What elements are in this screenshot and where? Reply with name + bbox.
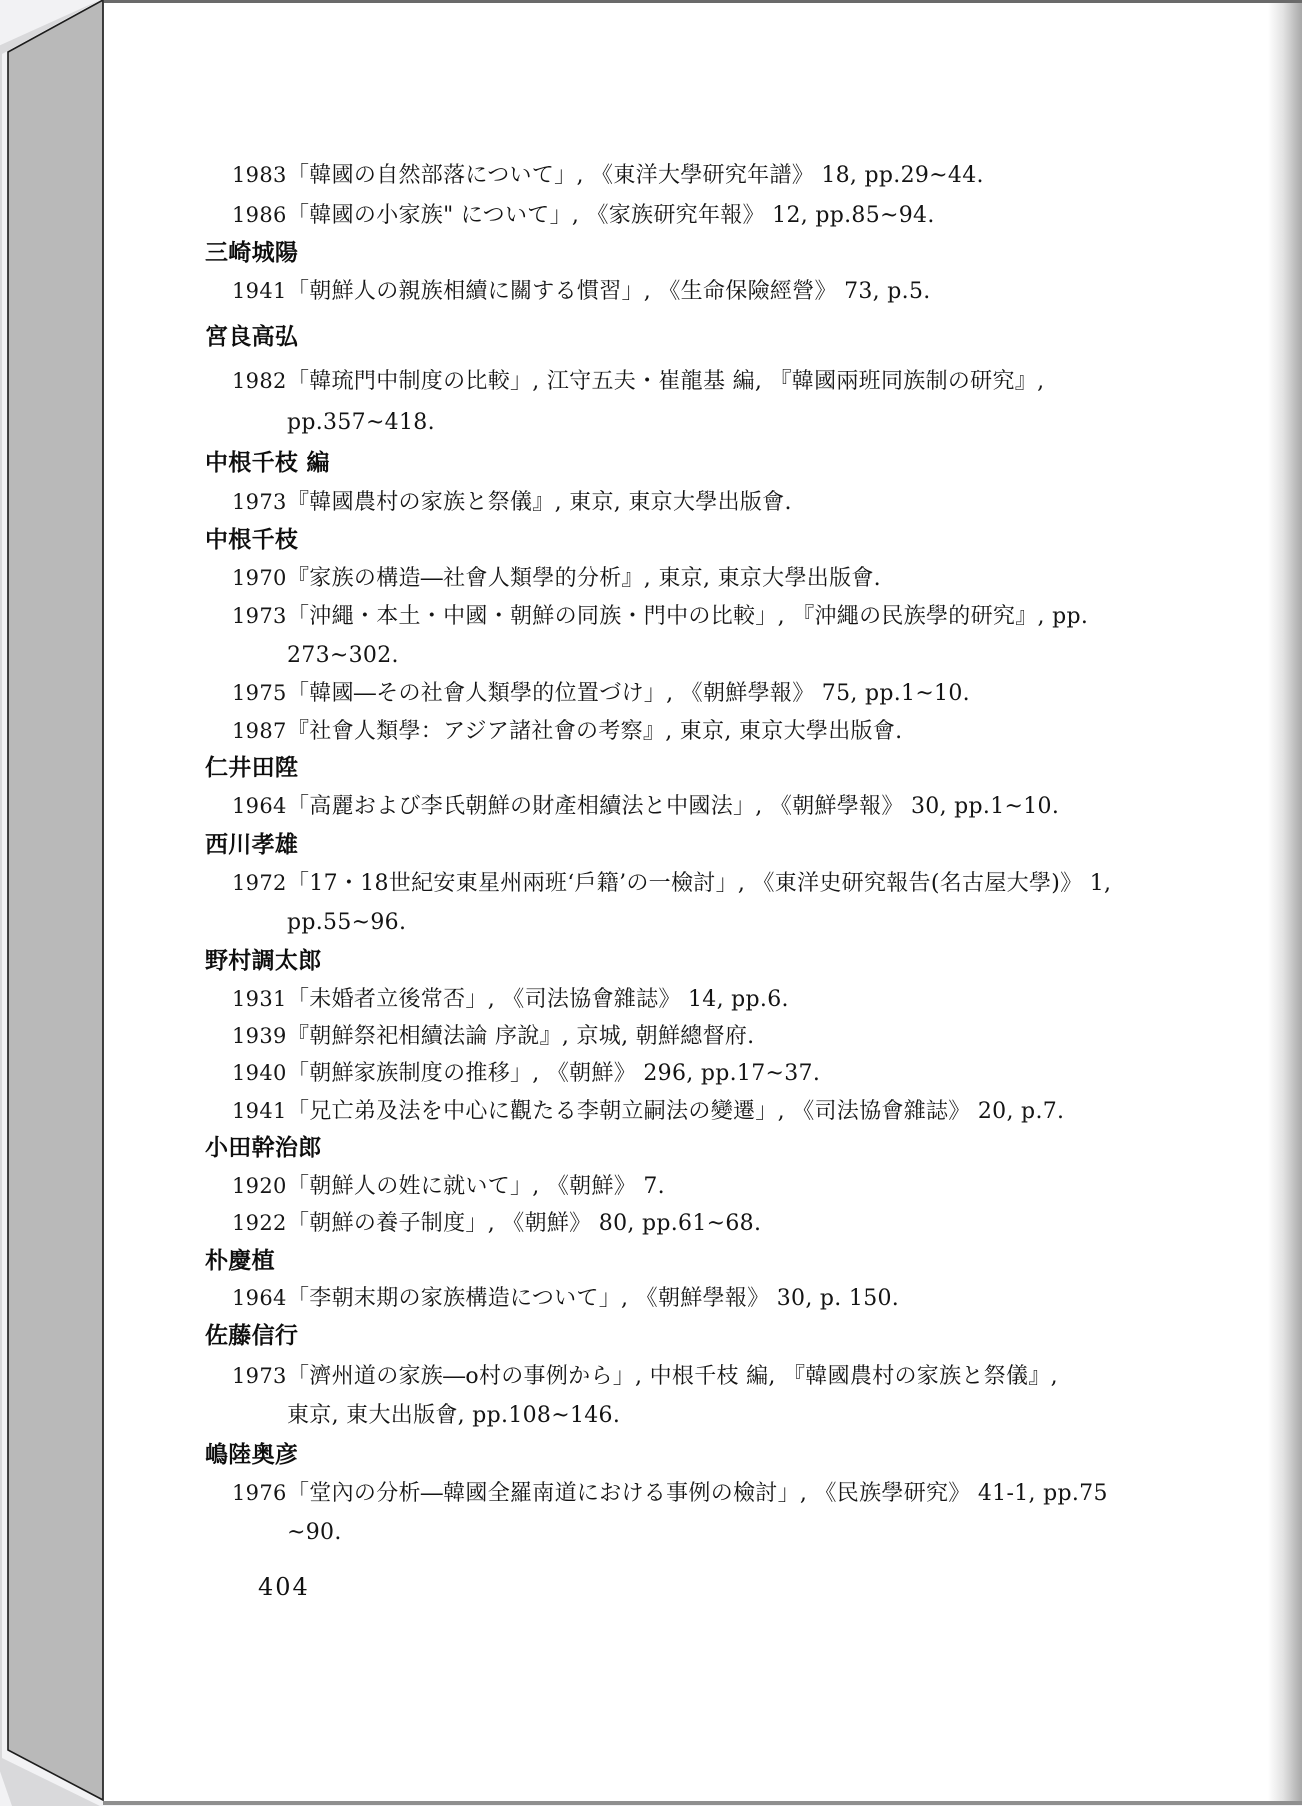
entry-text: 「朝鮮家族制度の推移」, 《朝鮮》 296, pp.17~37. <box>287 1061 820 1086</box>
entry-continuation: 273~302. <box>287 641 399 671</box>
author-header: 野村調太郎 <box>205 946 322 976</box>
bib-entry: 1983「韓國の自然部落について」, 《東洋大學研究年譜》 18, pp.29~… <box>232 160 984 191</box>
bib-entry: 1973「沖繩・本土・中國・朝鮮の同族・門中の比較」, 『沖繩の民族學的研究』,… <box>232 601 1088 632</box>
bib-entry: 1975「韓國―その社會人類學的位置づけ」, 《朝鮮學報》 75, pp.1~1… <box>232 678 970 709</box>
bib-entry: 1964「李朝末期の家族構造について」, 《朝鮮學報》 30, p. 150. <box>232 1283 899 1314</box>
entry-text: 「濟州道の家族―o村の事例から」, 中根千枝 編, 『韓國農村の家族と祭儀』, <box>287 1364 1058 1389</box>
author-header: 仁井田陞 <box>205 753 298 783</box>
author-header: 西川孝雄 <box>205 830 298 860</box>
bib-entry: 1941「朝鮮人の親族相續に關する慣習」, 《生命保險經營》 73, p.5. <box>232 276 931 307</box>
page-number: 404 <box>258 1572 310 1602</box>
bib-entry: 1973『韓國農村の家族と祭儀』, 東京, 東京大學出版會. <box>232 487 792 518</box>
author-header: 宮良高弘 <box>205 322 298 352</box>
entry-continuation: pp.357~418. <box>287 408 435 438</box>
entry-year: 1941 <box>232 276 287 306</box>
entry-year: 1964 <box>232 1283 287 1313</box>
entry-text: 「兄亡弟及法を中心に觀たる李朝立嗣法の變遷」, 《司法協會雜誌》 20, p.7… <box>287 1099 1064 1124</box>
author-header: 小田幹治郎 <box>205 1133 322 1163</box>
bib-entry: 1976「堂內の分析―韓國全羅南道における事例の檢討」, 《民族學研究》 41-… <box>232 1478 1108 1509</box>
entry-year: 1970 <box>232 563 287 593</box>
bib-entry: 1986「韓國の小家族" について」, 《家族研究年報》 12, pp.85~9… <box>232 200 935 231</box>
entry-year: 1982 <box>232 366 287 396</box>
entry-text: 「堂內の分析―韓國全羅南道における事例の檢討」, 《民族學研究》 41-1, p… <box>287 1481 1108 1506</box>
entry-year: 1922 <box>232 1208 287 1238</box>
author-header: 朴慶植 <box>205 1246 275 1276</box>
entry-text: 『韓國農村の家族と祭儀』, 東京, 東京大學出版會. <box>287 490 792 515</box>
bib-entry: 1972「17・18世紀安東星州兩班‘戶籍’の一檢討」, 《東洋史研究報告(名古… <box>232 868 1111 899</box>
bib-entry: 1922「朝鮮の養子制度」, 《朝鮮》 80, pp.61~68. <box>232 1208 761 1239</box>
entry-continuation: pp.55~96. <box>287 908 406 938</box>
entry-year: 1939 <box>232 1021 287 1051</box>
entry-text: 「朝鮮人の親族相續に關する慣習」, 《生命保險經營》 73, p.5. <box>287 279 931 304</box>
entry-text: 「朝鮮の養子制度」, 《朝鮮》 80, pp.61~68. <box>287 1211 761 1236</box>
bib-entry: 1940「朝鮮家族制度の推移」, 《朝鮮》 296, pp.17~37. <box>232 1058 820 1089</box>
page-content: 1983「韓國の自然部落について」, 《東洋大學研究年譜》 18, pp.29~… <box>103 0 1302 1806</box>
entry-year: 1920 <box>232 1171 287 1201</box>
author-header: 中根千枝 <box>205 525 298 555</box>
scanned-book-page: { "document": { "kind": "scanned bibliog… <box>0 0 1302 1806</box>
author-header: 三崎城陽 <box>205 238 298 268</box>
bib-entry: 1939『朝鮮祭祀相續法論 序說』, 京城, 朝鮮總督府. <box>232 1021 754 1052</box>
bib-entry: 1931「未婚者立後常否」, 《司法協會雜誌》 14, pp.6. <box>232 984 789 1015</box>
entry-text: 『朝鮮祭祀相續法論 序說』, 京城, 朝鮮總督府. <box>287 1024 754 1049</box>
bib-entry: 1982「韓琉門中制度の比較」, 江守五夫・崔龍基 編, 『韓國兩班同族制の研究… <box>232 366 1044 397</box>
entry-year: 1941 <box>232 1096 287 1126</box>
entry-text: 『家族の構造―社會人類學的分析』, 東京, 東京大學出版會. <box>287 566 881 591</box>
author-header: 中根千枝 編 <box>205 448 330 478</box>
entry-year: 1972 <box>232 868 287 898</box>
entry-text: 「韓國―その社會人類學的位置づけ」, 《朝鮮學報》 75, pp.1~10. <box>287 681 970 706</box>
bib-entry: 1964「高麗および李氏朝鮮の財產相續法と中國法」, 《朝鮮學報》 30, pp… <box>232 791 1059 822</box>
entry-year: 1975 <box>232 678 287 708</box>
entry-year: 1940 <box>232 1058 287 1088</box>
bib-entry: 1941「兄亡弟及法を中心に觀たる李朝立嗣法の變遷」, 《司法協會雜誌》 20,… <box>232 1096 1064 1127</box>
bib-entry: 1920「朝鮮人の姓に就いて」, 《朝鮮》 7. <box>232 1171 665 1202</box>
entry-text: 「高麗および李氏朝鮮の財產相續法と中國法」, 《朝鮮學報》 30, pp.1~1… <box>287 794 1059 819</box>
entry-year: 1973 <box>232 601 287 631</box>
entry-text: 「沖繩・本土・中國・朝鮮の同族・門中の比較」, 『沖繩の民族學的研究』, pp. <box>287 604 1088 629</box>
author-header: 佐藤信行 <box>205 1321 298 1351</box>
entry-year: 1973 <box>232 1361 287 1391</box>
entry-text: 「朝鮮人の姓に就いて」, 《朝鮮》 7. <box>287 1174 665 1199</box>
entry-year: 1986 <box>232 200 287 230</box>
bib-entry: 1973「濟州道の家族―o村の事例から」, 中根千枝 編, 『韓國農村の家族と祭… <box>232 1361 1058 1392</box>
entry-year: 1973 <box>232 487 287 517</box>
author-header: 嶋陸奥彦 <box>205 1440 298 1470</box>
entry-year: 1987 <box>232 716 287 746</box>
entry-text: 「韓國の自然部落について」, 《東洋大學研究年譜》 18, pp.29~44. <box>287 163 984 188</box>
entry-text: 「韓琉門中制度の比較」, 江守五夫・崔龍基 編, 『韓國兩班同族制の研究』, <box>287 369 1044 394</box>
entry-text: 『社會人類學：アジア諸社會の考察』, 東京, 東京大學出版會. <box>287 719 902 744</box>
bib-entry: 1970『家族の構造―社會人類學的分析』, 東京, 東京大學出版會. <box>232 563 881 594</box>
entry-continuation: ~90. <box>287 1518 342 1548</box>
entry-text: 「17・18世紀安東星州兩班‘戶籍’の一檢討」, 《東洋史研究報告(名古屋大學)… <box>287 871 1111 896</box>
bib-entry: 1987『社會人類學：アジア諸社會の考察』, 東京, 東京大學出版會. <box>232 716 902 747</box>
book-left-edge <box>8 0 103 1800</box>
entry-year: 1931 <box>232 984 287 1014</box>
entry-text: 「李朝末期の家族構造について」, 《朝鮮學報》 30, p. 150. <box>287 1286 899 1311</box>
entry-year: 1964 <box>232 791 287 821</box>
entry-continuation: 東京, 東大出版會, pp.108~146. <box>287 1401 620 1431</box>
entry-year: 1983 <box>232 160 287 190</box>
entry-year: 1976 <box>232 1478 287 1508</box>
entry-text: 「韓國の小家族" について」, 《家族研究年報》 12, pp.85~94. <box>287 203 935 228</box>
entry-text: 「未婚者立後常否」, 《司法協會雜誌》 14, pp.6. <box>287 987 789 1012</box>
